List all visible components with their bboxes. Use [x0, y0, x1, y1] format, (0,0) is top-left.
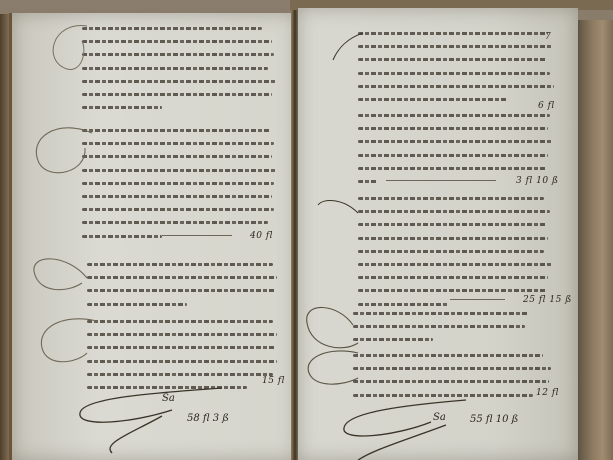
- left-entry-4: [87, 316, 287, 395]
- left-entry-1: [82, 23, 282, 115]
- paragraph-flourish-icon: [328, 28, 368, 68]
- paragraph-flourish-icon: [313, 193, 363, 223]
- paragraph-flourish-icon: [303, 348, 363, 398]
- margin-sum: 12 fl: [536, 388, 559, 398]
- margin-sum: 15 fl: [262, 376, 285, 386]
- left-page: 40 fl 15 fl Sa 58 fl 3 ß: [9, 13, 297, 460]
- paragraph-flourish-icon: [27, 253, 97, 303]
- total-flourish-icon: [336, 400, 466, 460]
- right-entry-1: [358, 28, 558, 107]
- right-entry-4: [353, 308, 553, 348]
- page-total-label: Sa: [433, 412, 446, 423]
- margin-sum: 40 fl: [250, 231, 273, 241]
- entry-rule: [450, 299, 505, 300]
- entry-rule: [386, 180, 496, 181]
- page-total: 55 fl 10 ß: [470, 414, 518, 425]
- page-total-label: Sa: [162, 393, 175, 404]
- paragraph-flourish-icon: [27, 113, 97, 183]
- left-entry-3: [87, 259, 287, 312]
- margin-sum: 3 fl 10 ß: [516, 176, 558, 186]
- margin-sum: 25 fl 15 ß: [523, 295, 572, 305]
- right-entry-5: [353, 350, 563, 403]
- paragraph-flourish-icon: [42, 21, 92, 76]
- paragraph-flourish-icon: [32, 313, 102, 373]
- book-fore-edge: [578, 20, 613, 460]
- page-total: 58 fl 3 ß: [187, 413, 229, 424]
- entry-rule: [162, 235, 232, 236]
- right-page: 7 6 fl 3 fl 10 ß 25 fl 15 ß: [298, 8, 578, 460]
- right-entry-3: [358, 193, 558, 312]
- left-entry-2: [82, 125, 282, 244]
